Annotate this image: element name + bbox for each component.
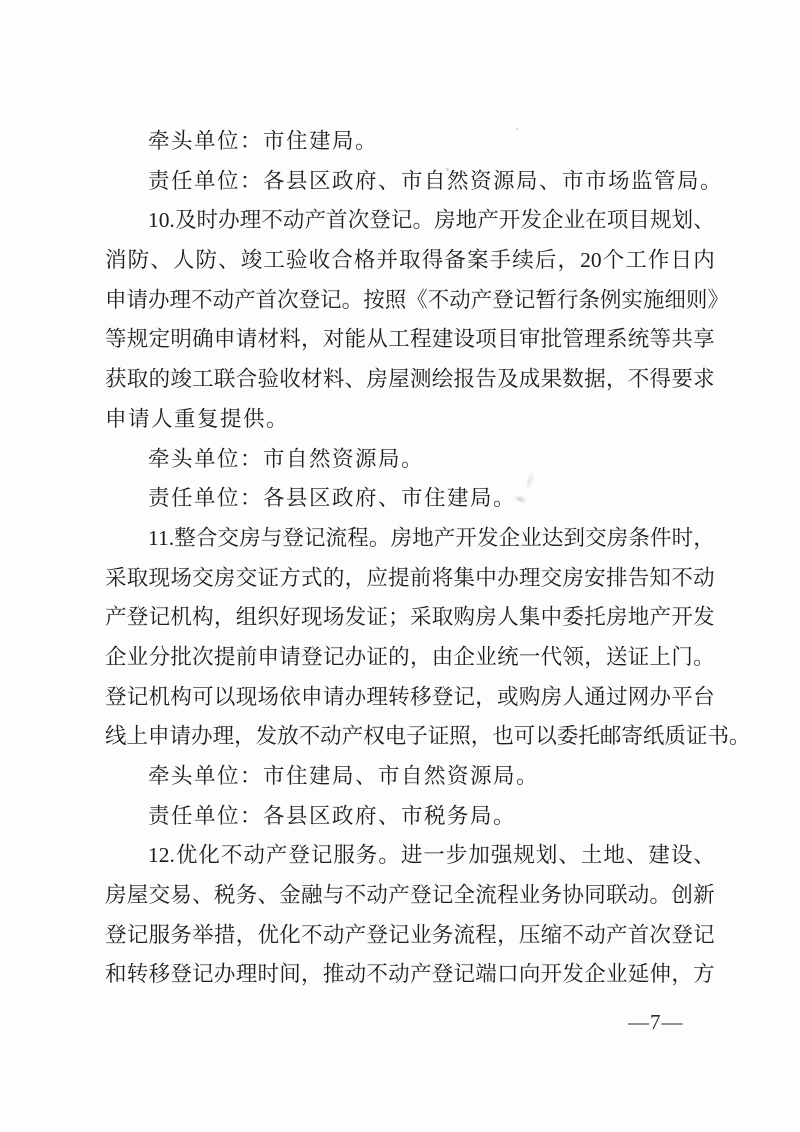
document-line: 和转移登记办理时间，推动不动产登记端口向开发企业延伸，方 xyxy=(105,955,715,995)
document-line: 登记服务举措，优化不动产登记业务流程，压缩不动产首次登记 xyxy=(105,916,715,956)
document-line: 责任单位：各县区政府、市住建局。 xyxy=(105,479,715,519)
document-line: 等规定明确申请材料，对能从工程建设项目审批管理系统等共享 xyxy=(105,320,715,360)
text-block: 牵头单位：市住建局。责任单位：各县区政府、市自然资源局、市市场监管局。10.及时… xyxy=(105,122,715,995)
document-line: 责任单位：各县区政府、市税务局。 xyxy=(105,797,715,837)
document-line: 牵头单位：市自然资源局。 xyxy=(105,440,715,480)
document-page: 牵头单位：市住建局。责任单位：各县区政府、市自然资源局、市市场监管局。10.及时… xyxy=(0,0,800,1132)
document-line: 牵头单位：市住建局、市自然资源局。 xyxy=(105,757,715,797)
document-line: 采取现场交房交证方式的，应提前将集中办理交房安排告知不动 xyxy=(105,559,715,599)
document-line: 11.整合交房与登记流程。房地产开发企业达到交房条件时， xyxy=(105,519,715,559)
document-line: 房屋交易、税务、金融与不动产登记全流程业务协同联动。创新 xyxy=(105,876,715,916)
document-line: 12.优化不动产登记服务。进一步加强规划、土地、建设、 xyxy=(105,836,715,876)
document-line: 申请人重复提供。 xyxy=(105,400,715,440)
page-number: —7— xyxy=(628,1010,684,1035)
document-line: 获取的竣工联合验收材料、房屋测绘报告及成果数据，不得要求 xyxy=(105,360,715,400)
document-line: 申请办理不动产首次登记。按照《不动产登记暂行条例实施细则》 xyxy=(105,281,715,321)
document-line: 产登记机构，组织好现场发证；采取购房人集中委托房地产开发 xyxy=(105,598,715,638)
document-line: 责任单位：各县区政府、市自然资源局、市市场监管局。 xyxy=(105,162,715,202)
document-line: 消防、人防、竣工验收合格并取得备案手续后，20个工作日内 xyxy=(105,241,715,281)
document-line: 牵头单位：市住建局。 xyxy=(105,122,715,162)
document-line: 10.及时办理不动产首次登记。房地产开发企业在项目规划、 xyxy=(105,201,715,241)
document-line: 登记机构可以现场依申请办理转移登记，或购房人通过网办平台 xyxy=(105,678,715,718)
document-line: 线上申请办理，发放不动产权电子证照，也可以委托邮寄纸质证书。 xyxy=(105,717,715,757)
document-line: 企业分批次提前申请登记办证的，由企业统一代领，送证上门。 xyxy=(105,638,715,678)
